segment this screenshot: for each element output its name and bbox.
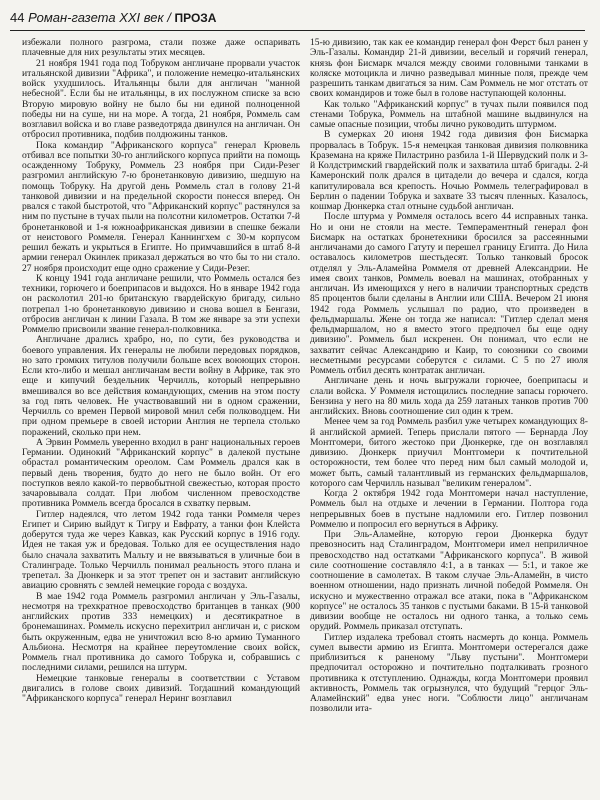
paragraph: При Эль-Аламейне, которую герои Дюнкерка… xyxy=(310,530,588,633)
paragraph: Англичане день и ночь выгружали горючее,… xyxy=(310,376,588,417)
paragraph: Англичане дрались храбро, но, по сути, б… xyxy=(22,335,300,438)
paragraph: Когда 2 октября 1942 года Монтгомери нач… xyxy=(310,489,588,530)
right-column: 15-ю дивизию, так как ее командир генера… xyxy=(310,38,588,715)
paragraph: избежали полного разгрома, стали позже д… xyxy=(22,38,300,59)
paragraph: А Эрвин Роммель уверенно входил в ранг н… xyxy=(22,438,300,510)
left-column: избежали полного разгрома, стали позже д… xyxy=(22,38,300,704)
paragraph: Гитлер надеялся, что летом 1942 года тан… xyxy=(22,510,300,592)
paragraph: В мае 1942 года Роммель разгромил англич… xyxy=(22,592,300,674)
paragraph: К концу 1941 года англичане решили, что … xyxy=(22,274,300,336)
paragraph: После штурма у Роммеля осталось всего 44… xyxy=(310,212,588,376)
page-number: 44 xyxy=(10,10,24,25)
paragraph: Как только "Африканский корпус" в тучах … xyxy=(310,100,588,131)
paragraph: 15-ю дивизию, так как ее командир генера… xyxy=(310,38,588,100)
section-label: ПРОЗА xyxy=(174,11,216,25)
paragraph: Гитлер издалека требовал стоять насмерть… xyxy=(310,633,588,715)
page-header: 44 Роман-газета XXI век / ПРОЗА xyxy=(10,8,585,31)
paragraph: Пока командир "Африканского корпуса" ген… xyxy=(22,141,300,274)
paragraph: В сумерках 20 июня 1942 года дивизия фон… xyxy=(310,130,588,212)
paragraph: Менее чем за год Роммель разбил уже четы… xyxy=(310,417,588,489)
paragraph: 21 ноября 1941 года под Тобруком англича… xyxy=(22,59,300,141)
magazine-title: Роман-газета XXI век / xyxy=(28,10,171,25)
paragraph: Немецкие танковые генералы в соответстви… xyxy=(22,674,300,705)
